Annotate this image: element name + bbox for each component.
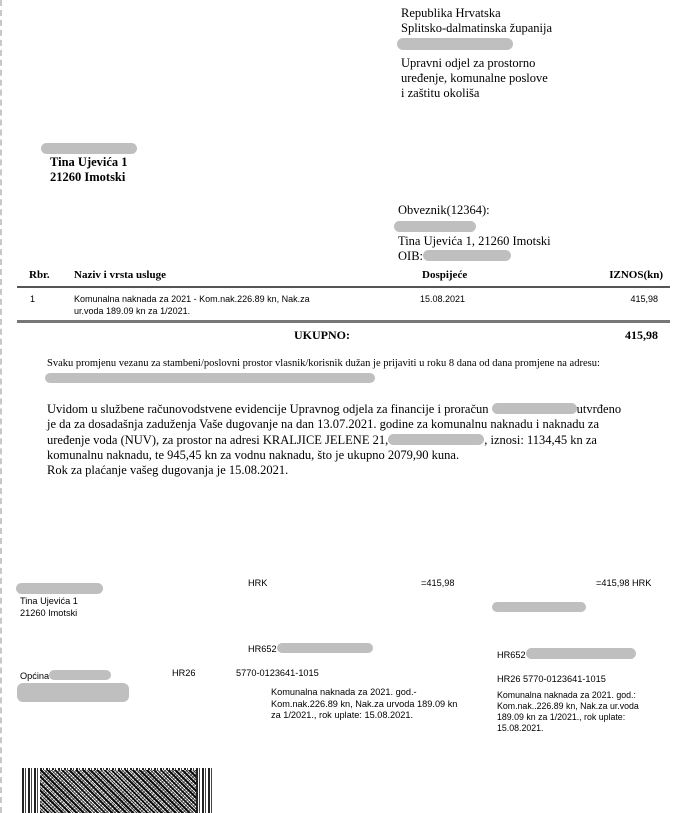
row-naziv: Komunalna naknada za 2021 - Kom.nak.226.… <box>74 294 310 317</box>
payer-name-redacted <box>16 583 103 594</box>
total-label: UKUPNO: <box>294 328 350 343</box>
barcode-data-area <box>40 770 196 813</box>
slip-reference: 5770-0123641-1015 <box>236 668 319 680</box>
recipient-city: 21260 Imotski <box>50 170 128 185</box>
table-header: Rbr. Naziv i vrsta usluge Dospijeće IZNO… <box>17 264 670 288</box>
obveznik-address: Tina Ujevića 1, 21260 Imotski <box>398 234 551 250</box>
issuer-country: Republika Hrvatska <box>401 6 601 21</box>
receipt-payer-redacted <box>492 602 586 612</box>
obveznik-name-redacted <box>394 221 476 232</box>
redacted-block <box>397 38 513 50</box>
table-total-row: UKUPNO: 415,98 <box>17 323 670 343</box>
row-rbr: 1 <box>30 294 35 306</box>
slip-amount: =415,98 <box>421 578 454 590</box>
recipient-address-redacted <box>17 683 129 702</box>
issuer-department-line-3: i zaštitu okoliša <box>401 86 601 101</box>
receipt-iban: HR652 <box>497 648 636 662</box>
recipient-name-redacted <box>41 143 137 154</box>
col-iznos: IZNOS(kn) <box>609 269 663 281</box>
row-naziv-line-2: ur.voda 189.09 kn za 1/2021. <box>74 306 310 318</box>
table-row: 1 Komunalna naknada za 2021 - Kom.nak.22… <box>17 288 670 323</box>
issuer-department-line-1: Upravni odjel za prostorno <box>401 56 601 71</box>
receipt-model-reference: HR26 5770-0123641-1015 <box>497 674 606 686</box>
recipient-street: Tina Ujevića 1 <box>50 155 128 170</box>
issuer-redacted-line <box>401 36 601 53</box>
recipient-iban: HR652 <box>248 643 373 656</box>
row-naziv-line-1: Komunalna naknada za 2021 - Kom.nak.226.… <box>74 294 310 306</box>
receipt-description: Komunalna naknada za 2021. god.: Kom.nak… <box>497 690 639 734</box>
slip-currency: HRK <box>248 578 267 590</box>
redacted-block <box>388 434 484 445</box>
col-dospijece: Dospijeće <box>422 269 467 281</box>
col-rbr: Rbr. <box>29 269 50 281</box>
statement-line-3: uređenje voda (NUV), za prostor na adres… <box>47 433 677 448</box>
total-value: 415,98 <box>625 328 658 343</box>
row-iznos: 415,98 <box>630 294 658 306</box>
iban-redacted <box>277 643 373 653</box>
receipt-amount: =415,98 HRK <box>596 578 651 590</box>
col-naziv: Naziv i vrsta usluge <box>74 269 166 281</box>
debt-statement: Uvidom u službene računovodstvene eviden… <box>47 402 677 478</box>
obveznik-block: Obveznik(12364): Tina Ujevića 1, 21260 I… <box>398 203 551 265</box>
redacted-block <box>492 403 577 414</box>
oib-redacted <box>423 250 511 261</box>
obveznik-label: Obveznik(12364): <box>398 203 551 219</box>
issuer-county: Splitsko-dalmatinska županija <box>401 21 601 36</box>
notice-text: Svaku promjenu vezanu za stambeni/poslov… <box>47 358 600 369</box>
charges-table: Rbr. Naziv i vrsta usluge Dospijeće IZNO… <box>17 264 670 343</box>
notice-address-redacted <box>45 373 375 383</box>
slip-recipient: Općina <box>20 670 111 683</box>
recipient-address: Tina Ujevića 1 21260 Imotski <box>50 155 128 185</box>
statement-line-4: komunalnu naknadu, te 945,45 kn za vodnu… <box>47 448 677 463</box>
payer-street: Tina Ujevića 1 <box>20 596 78 608</box>
slip-model: HR26 <box>172 668 196 680</box>
issuer-department-line-2: uređenje, komunalne poslove <box>401 71 601 86</box>
statement-line-5: Rok za plaćanje vašeg dugovanja je 15.08… <box>47 463 677 478</box>
oib-label: OIB: <box>398 249 423 263</box>
obveznik-oib: OIB: <box>398 249 551 265</box>
row-dospijece: 15.08.2021 <box>420 294 465 306</box>
page-left-border <box>0 0 3 813</box>
payer-address: Tina Ujevića 1 21260 Imotski <box>20 596 78 619</box>
issuer-block: Republika Hrvatska Splitsko-dalmatinska … <box>401 6 601 101</box>
recipient-redacted <box>49 670 111 680</box>
statement-line-1: Uvidom u službene računovodstvene eviden… <box>47 402 677 417</box>
pdf417-barcode <box>22 768 212 813</box>
receipt-iban-redacted <box>526 648 636 659</box>
statement-line-2: je da za dosadašnja zaduženja Vaše dugov… <box>47 417 677 432</box>
slip-description: Komunalna naknada za 2021. god.- Kom.nak… <box>271 687 457 722</box>
payer-city: 21260 Imotski <box>20 608 78 620</box>
